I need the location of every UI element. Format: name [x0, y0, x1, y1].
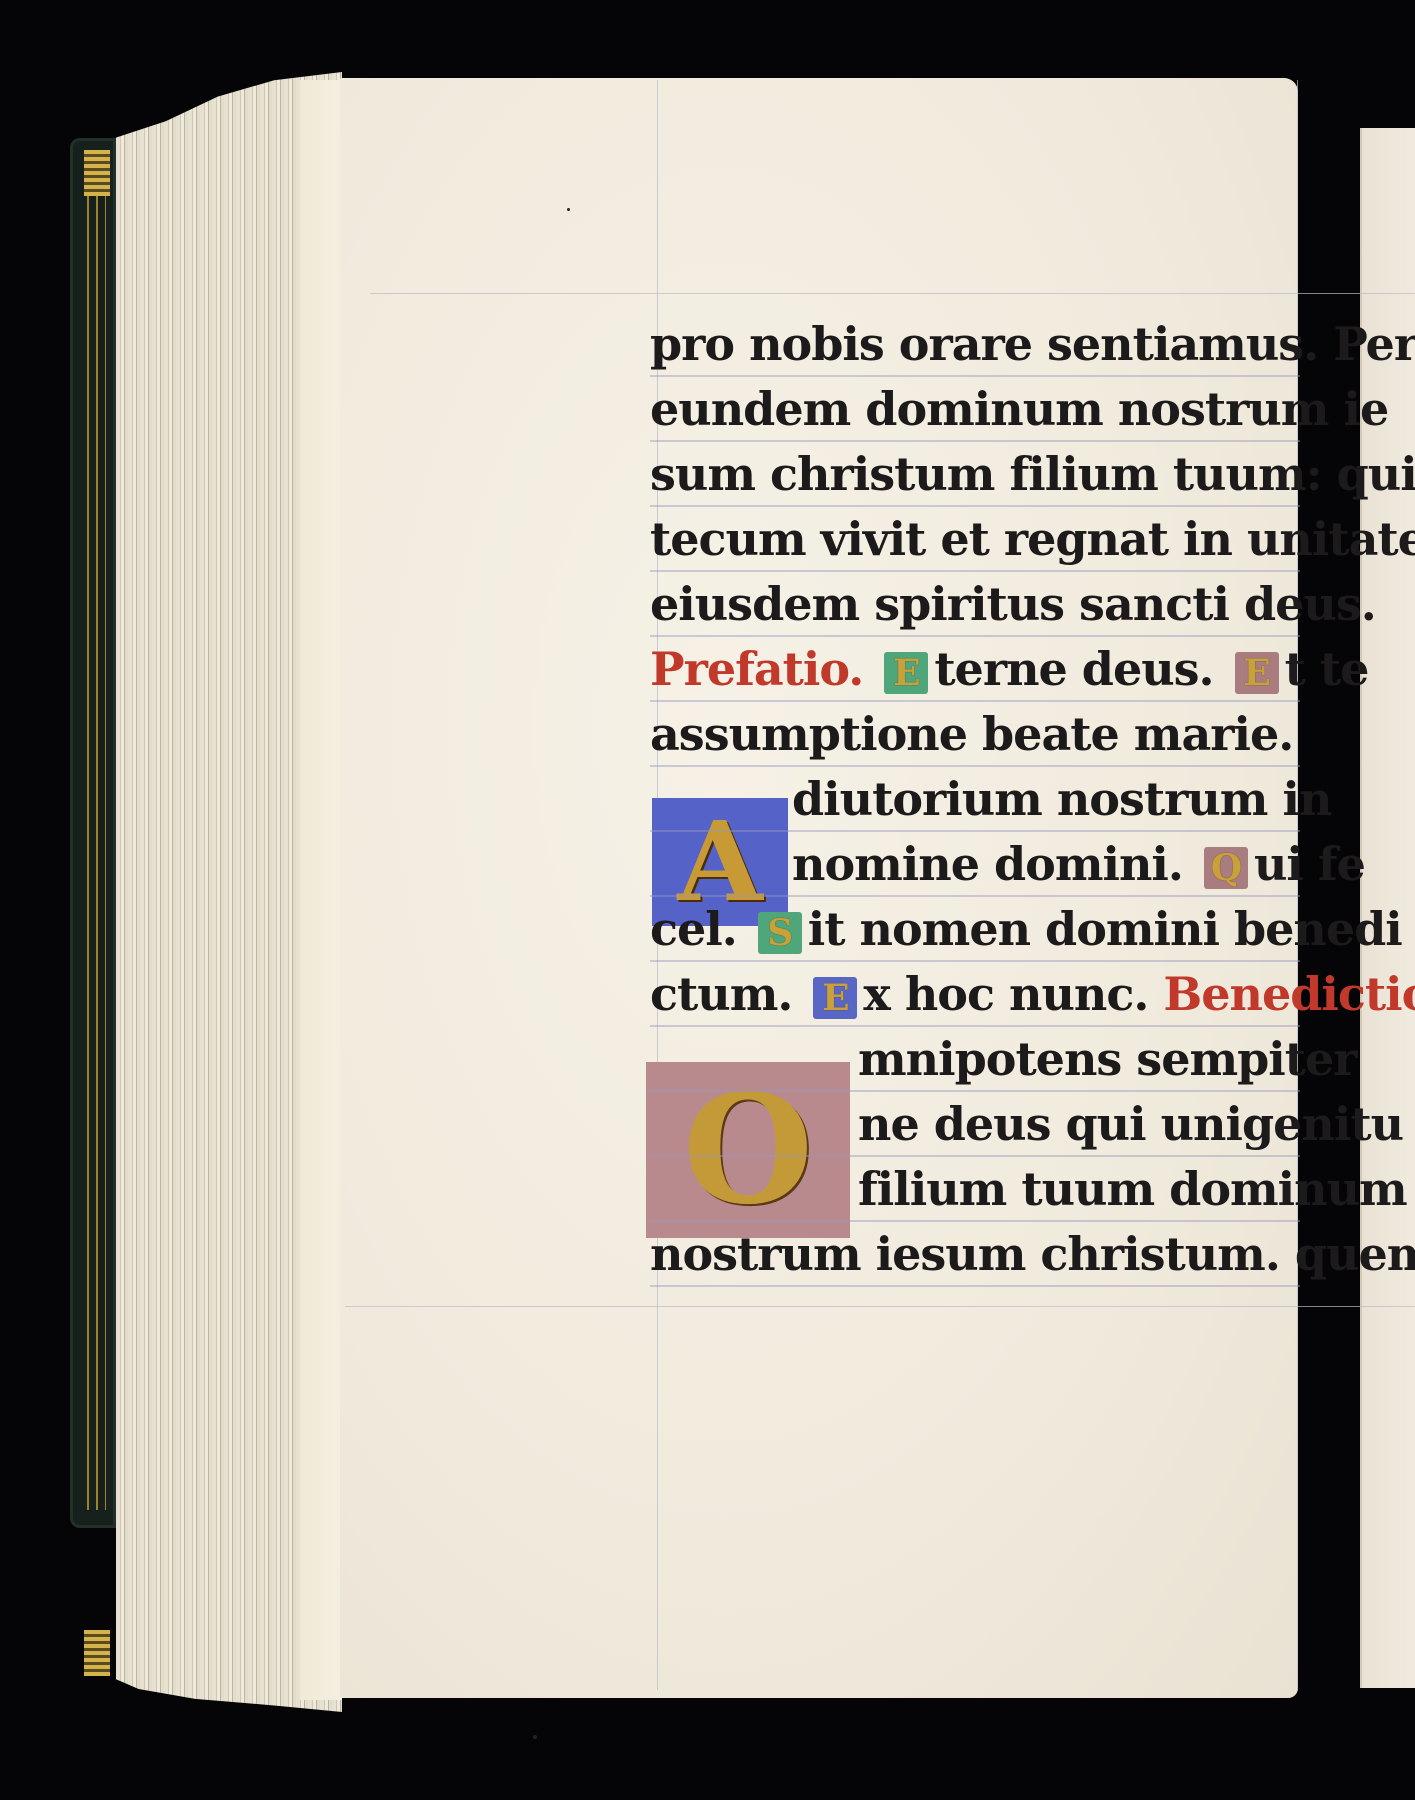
- cover-gilt-bottom-ornament: [84, 1630, 110, 1676]
- text-line: assumptione beate marie.: [650, 702, 1300, 767]
- text-line: ne deus qui unigenitu: [650, 1092, 1300, 1157]
- text-line: sum christum filium tuum: qui: [650, 442, 1300, 507]
- line-text: it nomen domini benedi: [808, 902, 1402, 956]
- text-line: ctum. Ex hoc nunc. Benedictio.: [650, 962, 1300, 1027]
- cover-gilt-tooling: [84, 150, 106, 1510]
- page-stack-inner-leaf: [300, 80, 342, 1700]
- initial-q-rose: Q: [1204, 847, 1248, 889]
- ink-speck: [533, 1735, 537, 1739]
- ruling-horizontal-bottom: [345, 1306, 1415, 1307]
- text-line: mnipotens sempiter: [650, 1027, 1300, 1092]
- text-line: nostrum iesum christum. quem: [650, 1222, 1300, 1287]
- cover-gilt-top-ornament: [84, 150, 110, 196]
- text-line: eiusdem spiritus sancti deus.: [650, 572, 1300, 637]
- rubric-benedictio: Benedictio.: [1163, 967, 1415, 1021]
- text-line: tecum vivit et regnat in unitate: [650, 507, 1300, 572]
- rubric-prefatio: Prefatio.: [650, 642, 863, 696]
- initial-e-blue: E: [813, 977, 857, 1019]
- ink-speck: [567, 208, 570, 211]
- initial-e-rose: E: [1235, 652, 1279, 694]
- text-line: nomine domini. Qui fe: [650, 832, 1300, 897]
- line-text: ctum.: [650, 967, 792, 1021]
- line-text: nomine domini.: [792, 837, 1183, 891]
- text-line: Prefatio. Eterne deus. Et te: [650, 637, 1300, 702]
- ruling-horizontal-top: [370, 293, 1415, 294]
- line-text: t te: [1285, 642, 1369, 696]
- line-text: x hoc nunc.: [863, 967, 1148, 1021]
- line-text: ui fe: [1254, 837, 1365, 891]
- text-line: pro nobis orare sentiamus. Per: [650, 312, 1300, 377]
- initial-e-green: E: [884, 652, 928, 694]
- initial-s-green: S: [758, 912, 802, 954]
- text-line: eundem dominum nostrum ie: [650, 377, 1300, 442]
- text-block: pro nobis orare sentiamus. Per eundem do…: [650, 312, 1300, 1287]
- line-text: cel.: [650, 902, 737, 956]
- text-line: cel. Sit nomen domini benedi: [650, 897, 1300, 962]
- line-text: terne deus.: [934, 642, 1213, 696]
- text-line: filium tuum dominum: [650, 1157, 1300, 1222]
- text-line: diutorium nostrum in: [650, 767, 1300, 832]
